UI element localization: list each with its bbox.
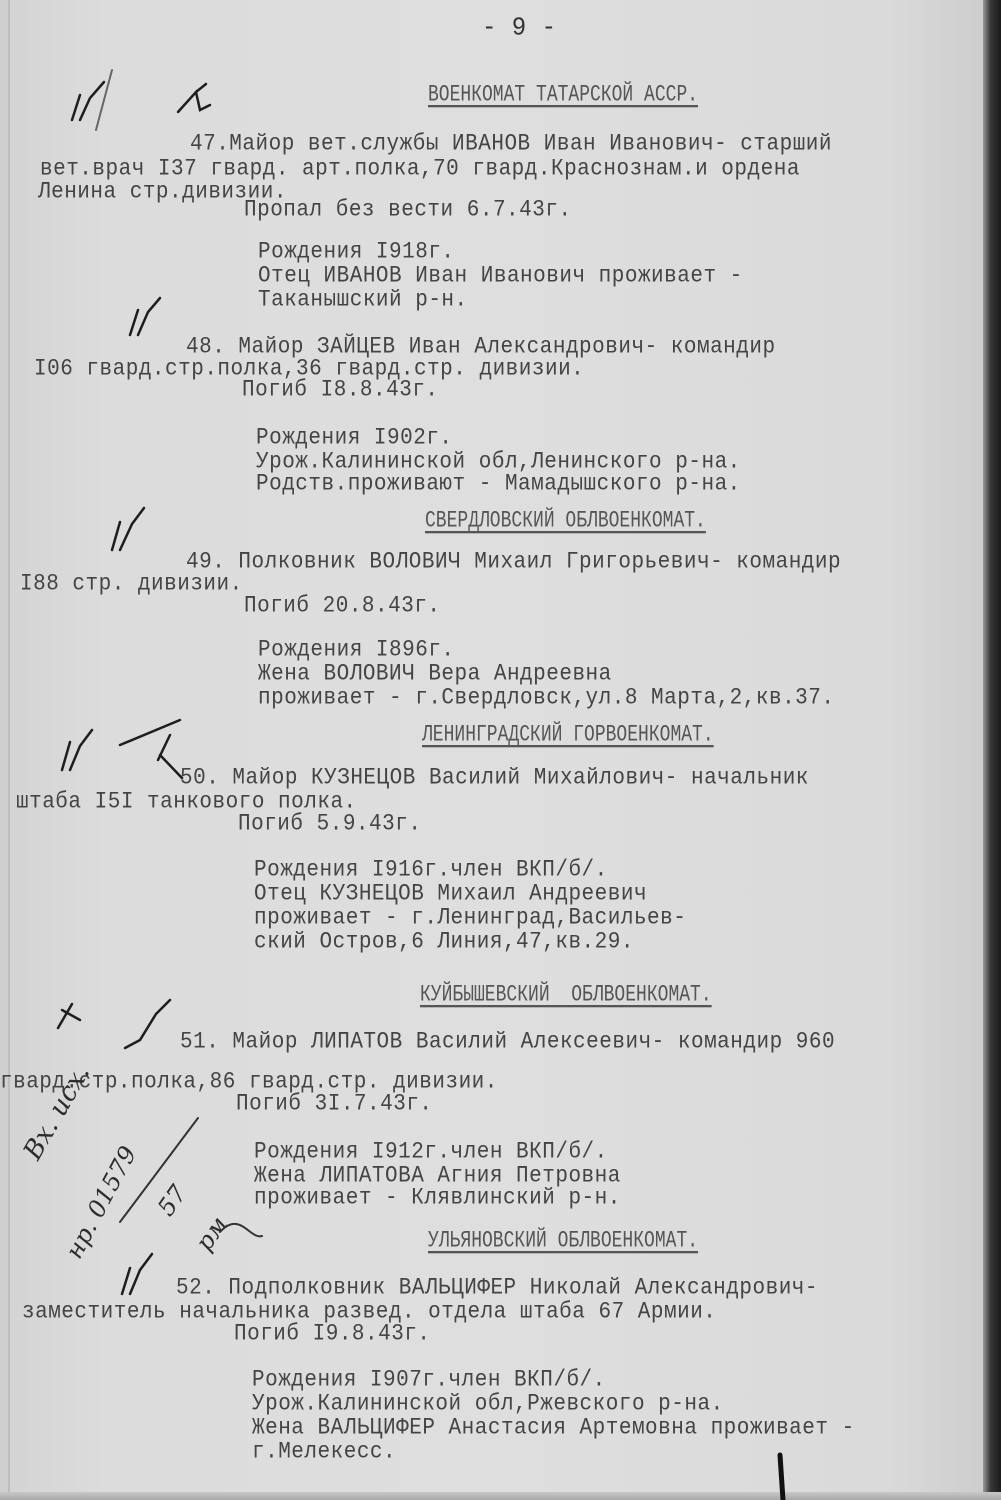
entry-51-fate: Погиб 3I.7.43г. [236,1092,433,1117]
entry-48-detail-3: Родств.проживают - Мамадышского р-на. [256,472,741,497]
entry-48-detail-1: Рождения I902г. [256,426,453,451]
section-heading-ulyanovsk: УЛЬЯНОВСКИЙ ОБЛВОЕНКОМАТ. [428,1228,698,1254]
entry-50-detail-3: проживает - г.Ленинград,Васильев- [254,906,686,931]
entry-52-detail-4: г.Мелекесс. [252,1440,396,1465]
entry-47-line-1: 47.Майор вет.службы ИВАНОВ Иван Иванович… [190,132,832,157]
entry-51-detail-1: Рождения I912г.член ВКП/б/. [254,1140,608,1165]
entry-48-fate: Погиб I8.8.43г. [242,378,439,403]
section-heading-sverdlovsk: СВЕРДЛОВСКИЙ ОБЛВОЕНКОМАТ. [425,508,706,534]
entry-50-detail-1: Рождения I916г.член ВКП/б/. [254,858,608,883]
page-bottom-edge [0,1492,1001,1500]
entry-50-detail-2: Отец КУЗНЕЦОВ Михаил Андреевич [254,882,647,907]
section-heading-kuibyshev: КУЙБЫШЕВСКИЙ ОБЛВОЕНКОМАТ. [420,982,712,1008]
entry-51-line-1: 51. Майор ЛИПАТОВ Василий Алексеевич- ко… [180,1030,835,1055]
entry-49-line-1: 49. Полковник ВОЛОВИЧ Михаил Григорьевич… [186,550,841,575]
entry-52-detail-3: Жена ВАЛЬЦИФЕР Анастасия Артемовна прожи… [252,1416,855,1441]
entry-47-detail-2: Отец ИВАНОВ Иван Иванович проживает - [258,264,743,289]
entry-51-detail-3: проживает - Клявлинский р-н. [254,1186,621,1211]
section-heading-tatar: ВОЕНКОМАТ ТАТАРСКОЙ АССР. [428,82,698,108]
entry-50-fate: Погиб 5.9.43г. [238,812,421,837]
entry-47-detail-3: Таканышский р-н. [258,288,468,313]
entry-49-detail-1: Рождения I896г. [258,638,455,663]
page-number: - 9 - [482,14,557,43]
entry-52-fate: Погиб I9.8.43г. [234,1322,431,1347]
section-heading-leningrad: ЛЕНИНГРАДСКИЙ ГОРВОЕНКОМАТ. [422,722,714,748]
entry-50-detail-4: ский Остров,6 Линия,47,кв.29. [254,930,634,955]
entry-47-detail-1: Рождения I918г. [258,240,455,265]
entry-47-line-2: вет.врач I37 гвард. арт.полка,70 гвард.К… [40,157,800,182]
entry-52-line-1: 52. Подполковник ВАЛЬЦИФЕР Николай Алекс… [176,1276,818,1301]
page-binding-edge [983,0,1001,1500]
entry-49-line-2: I88 стр. дивизии. [20,572,243,597]
entry-47-fate: Пропал без вести 6.7.43г. [244,198,572,223]
entry-52-detail-1: Рождения I907г.член ВКП/б/. [252,1368,606,1393]
entry-49-detail-3: проживает - г.Свердловск,ул.8 Марта,2,кв… [258,686,835,711]
entry-49-detail-2: Жена ВОЛОВИЧ Вера Андреевна [258,662,612,687]
entry-49-fate: Погиб 20.8.43г. [244,594,441,619]
entry-52-detail-2: Урож.Калининской обл,Ржевского р-на. [252,1392,724,1417]
entry-50-line-1: 50. Майор КУЗНЕЦОВ Василий Михайлович- н… [180,766,809,791]
